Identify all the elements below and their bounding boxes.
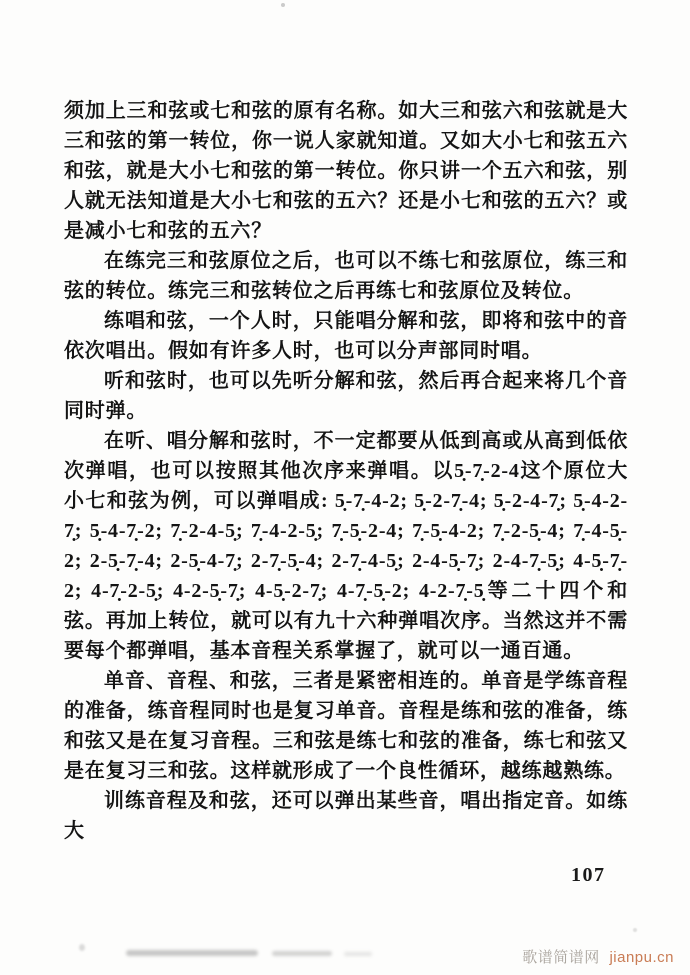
watermark: 歌谱简谱网 jianpu.cn: [522, 946, 674, 967]
paragraph: 听和弦时，也可以先听分解和弦，然后再合起来将几个音同时弹。: [64, 366, 628, 426]
paragraph: 练唱和弦，一个人时，只能唱分解和弦，即将和弦中的音依次唱出。假如有许多人时，也可…: [64, 306, 628, 366]
page-number: 107: [571, 864, 606, 887]
scan-artifact-smudge: [126, 950, 258, 956]
paragraph: 单音、音程、和弦，三者是紧密相连的。单音是学练音程的准备，练音程同时也是复习单音…: [64, 666, 628, 786]
scan-artifact-smudge: [344, 952, 372, 956]
scan-artifact-speck: [281, 3, 285, 7]
scan-artifact-speck: [633, 928, 637, 932]
watermark-site-name: 歌谱简谱网: [522, 949, 600, 966]
scan-artifact-speck: [79, 944, 85, 951]
scan-artifact-smudge: [272, 951, 332, 956]
paragraph: 在听、唱分解和弦时，不一定都要从低到高或从高到低依次弹唱，也可以按照其他次序来弹…: [64, 426, 628, 666]
body-text: 须加上三和弦或七和弦的原有名称。如大三和弦六和弦就是大三和弦的第一转位，你一说人…: [64, 96, 628, 846]
scanned-book-page: 须加上三和弦或七和弦的原有名称。如大三和弦六和弦就是大三和弦的第一转位，你一说人…: [0, 0, 690, 975]
paragraph: 训练音程及和弦，还可以弹出某些音，唱出指定音。如练大: [64, 786, 628, 846]
paragraph: 在练完三和弦原位之后，也可以不练七和弦原位，练三和弦的转位。练完三和弦转位之后再…: [64, 246, 628, 306]
paragraph: 须加上三和弦或七和弦的原有名称。如大三和弦六和弦就是大三和弦的第一转位，你一说人…: [64, 96, 628, 246]
watermark-site-url: jianpu.cn: [609, 949, 674, 966]
